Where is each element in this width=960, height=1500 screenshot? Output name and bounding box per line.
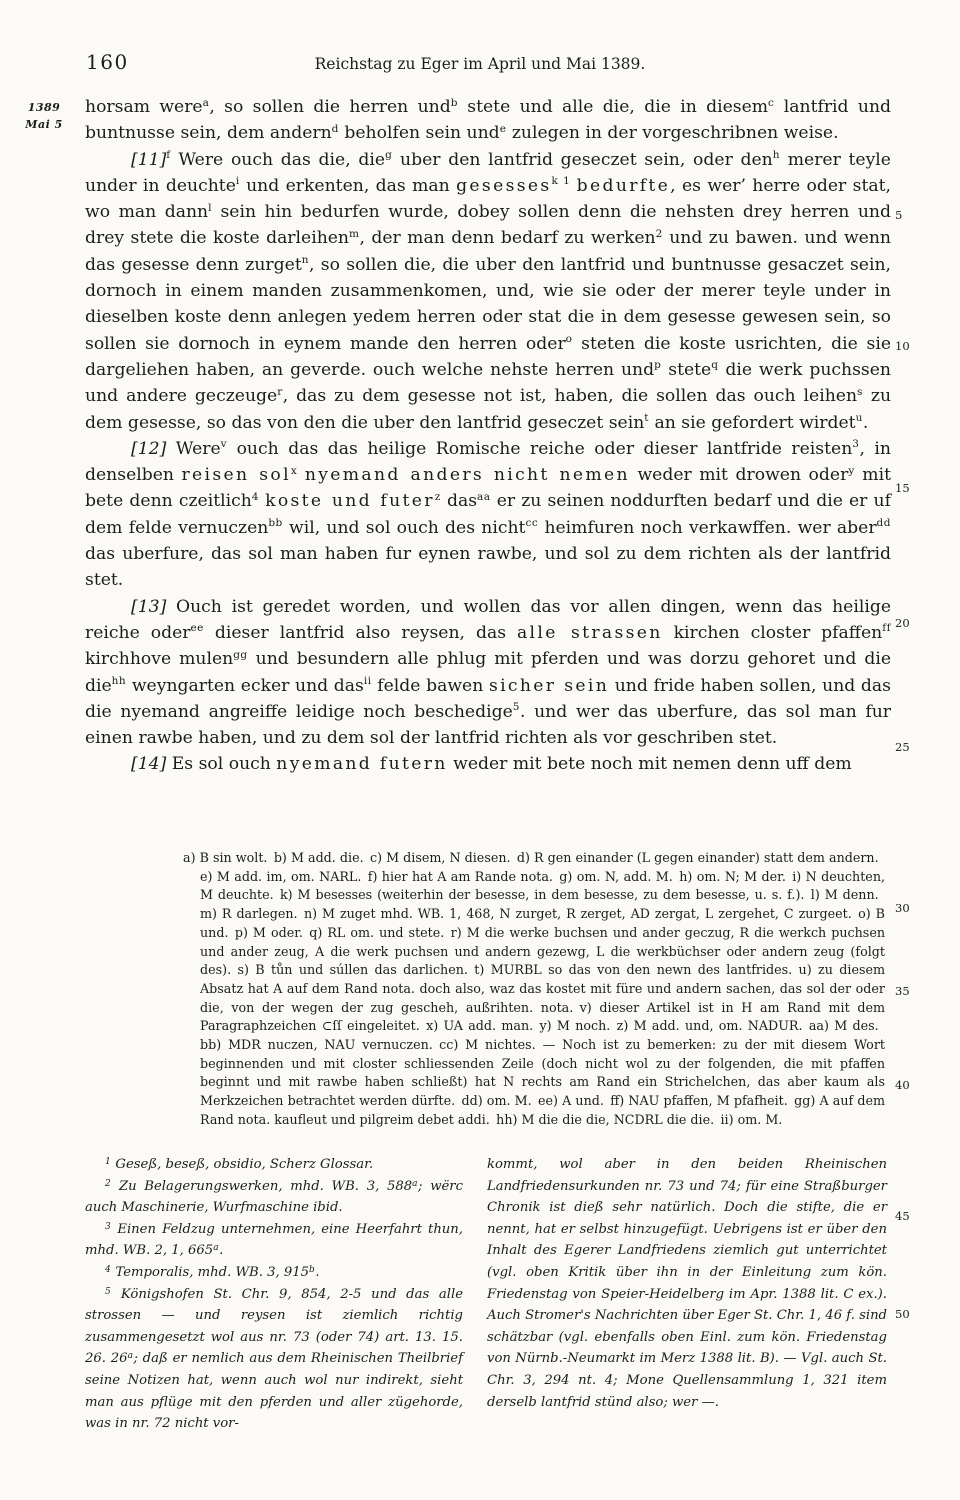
footnote-paragraph: 4 Temporalis, mhd. WB. 3, 915b.	[85, 1262, 463, 1284]
emphasized-text: gesesses	[456, 176, 551, 196]
paragraph-number: [12]	[131, 439, 166, 459]
apparatus-note-h: h) om. N; M der.	[673, 869, 786, 884]
note-reference: b	[309, 1265, 315, 1275]
note-reference: l	[208, 202, 212, 214]
note-reference: ee	[190, 622, 203, 634]
line-number-30: 30	[895, 901, 935, 915]
apparatus-note-ff: ff) NAU pfaffen, M pfafheit.	[604, 1093, 788, 1108]
apparatus-note-g: g) om. N, add. M.	[553, 869, 673, 884]
note-reference: g	[385, 149, 392, 161]
apparatus-note-ii: ii) om. M.	[714, 1112, 782, 1127]
emphasized-text: nyemand anders nicht nemen	[305, 465, 630, 485]
note-reference: cc	[525, 517, 538, 529]
emphasized-text: bedurfte	[577, 176, 670, 196]
apparatus-note-b: b) M add. die.	[267, 850, 363, 865]
note-reference: o	[566, 333, 573, 345]
paragraph-number: [11]	[131, 150, 166, 170]
apparatus-note-ee: ee) A und.	[532, 1093, 604, 1108]
apparatus-note-k: k) M besesses (weiterhin der besesse, in…	[274, 887, 805, 902]
note-reference: a	[213, 1243, 219, 1253]
note-reference: d	[332, 123, 339, 135]
document-page: 160 Reichstag zu Eger im April und Mai 1…	[0, 0, 960, 1500]
note-reference: 2	[105, 1179, 111, 1189]
note-reference: aa	[477, 491, 491, 503]
text-paragraph: [12] Werev ouch das das heilige Romische…	[85, 436, 891, 594]
note-reference: b	[451, 97, 458, 109]
apparatus-note-y: y) M noch.	[533, 1018, 610, 1033]
margin-date-day: Mai 5	[20, 116, 68, 133]
note-reference: q	[711, 359, 718, 371]
footnote-paragraph: 3 Einen Feldzug unternehmen, eine Heerfa…	[85, 1219, 463, 1262]
apparatus-note-z: z) M add. und, om. NADUR.	[610, 1018, 802, 1033]
note-reference: 3	[105, 1222, 111, 1232]
line-number-25: 25	[895, 740, 935, 754]
note-reference: 3	[852, 438, 859, 450]
line-number-45: 45	[895, 1209, 935, 1223]
footnote-paragraph: kommt, wol aber in den beiden Rheinische…	[487, 1154, 887, 1413]
footnotes-right-column: kommt, wol aber in den beiden Rheinische…	[487, 1154, 887, 1435]
note-reference: s	[857, 386, 863, 398]
note-reference: ii	[364, 675, 372, 687]
text-paragraph: horsam werea, so sollen die herren undb …	[85, 94, 891, 147]
emphasized-text: alle strassen	[517, 623, 663, 643]
paragraph-number: [14]	[131, 754, 166, 774]
footnote-paragraph: 5 Königshofen St. Chr. 9, 854, 2-5 und d…	[85, 1284, 463, 1435]
apparatus-note-p: p) M oder.	[229, 925, 303, 940]
line-number-40: 40	[895, 1078, 935, 1092]
apparatus-note-c: c) M disem, N diesen.	[364, 850, 511, 865]
note-reference: 4	[252, 491, 259, 503]
note-reference: n	[302, 254, 309, 266]
note-reference: 2	[656, 228, 663, 240]
emphasized-text: nyemand futern	[276, 754, 447, 774]
emphasized-text: sicher sein	[489, 676, 609, 696]
note-reference: y	[848, 465, 854, 477]
apparatus-note-dd: dd) om. M.	[455, 1093, 532, 1108]
emphasized-text: reisen sol	[182, 465, 291, 485]
line-number-15: 15	[895, 481, 935, 495]
margin-date-year: 1389	[20, 99, 68, 116]
text-paragraph: [13] Ouch ist geredet worden, und wollen…	[85, 594, 891, 752]
apparatus-note-aa: aa) M des.	[803, 1018, 879, 1033]
text-paragraph: [11]f Were ouch das die, dieg uber den l…	[85, 147, 891, 436]
running-title: Reichstag zu Eger im April und Mai 1389.	[0, 55, 960, 73]
note-reference: r	[277, 386, 283, 398]
note-reference: gg	[233, 649, 247, 661]
footnote-paragraph: 2 Zu Belagerungswerken, mhd. WB. 3, 588a…	[85, 1176, 463, 1219]
apparatus-note-hh: hh) M die die die, NCDRL die die.	[490, 1112, 714, 1127]
note-reference: z	[435, 491, 441, 503]
apparatus-note-s: s) B tůn und súllen das darlichen.	[231, 962, 468, 977]
note-reference: a	[203, 97, 210, 109]
line-number-5: 5	[895, 208, 935, 222]
margin-date: 1389 Mai 5	[20, 99, 68, 133]
note-reference: t	[644, 412, 649, 424]
note-reference: v	[221, 438, 227, 450]
line-number-50: 50	[895, 1307, 935, 1321]
note-reference: u	[856, 412, 863, 424]
note-reference: e	[500, 123, 507, 135]
apparatus-note-q: q) RL om. und stete.	[303, 925, 444, 940]
emphasized-text: koste und futer	[265, 491, 435, 511]
footnotes-left-column: 1 Geseß, beseß, obsidio, Scherz Glossar.…	[85, 1154, 463, 1435]
paragraph-number: [13]	[131, 597, 166, 617]
note-reference: f	[166, 149, 170, 161]
note-reference: x	[291, 465, 297, 477]
apparatus-note-d: d) R gen einander (L gegen einander) sta…	[511, 850, 879, 865]
main-text: horsam werea, so sollen die herren undb …	[85, 94, 891, 778]
apparatus-note-a: a) B sin wolt.	[183, 850, 267, 865]
note-reference: a	[412, 1179, 418, 1189]
note-reference: hh	[112, 675, 127, 687]
critical-apparatus: a) B sin wolt. b) M add. die. c) M disem…	[183, 849, 885, 1130]
text-paragraph: [14] Es sol ouch nyemand futern weder mi…	[85, 751, 891, 777]
line-number-10: 10	[895, 339, 935, 353]
note-reference: bb	[268, 517, 282, 529]
apparatus-block: a) B sin wolt. b) M add. die. c) M disem…	[183, 849, 885, 1130]
note-reference: a	[128, 1351, 134, 1361]
apparatus-note-f: f) hier hat A am Rande nota.	[361, 869, 553, 884]
apparatus-note-l: l) M denn.	[804, 887, 878, 902]
note-reference: ff	[882, 622, 891, 634]
note-reference: c	[768, 97, 774, 109]
note-reference: h	[773, 149, 780, 161]
apparatus-note-t: t) MURBL so das von den newn des lantfri…	[468, 962, 792, 977]
apparatus-note-n: n) M zuget mhd. WB. 1, 468, N zurget, R …	[298, 906, 852, 921]
line-number-35: 35	[895, 984, 935, 998]
note-reference: 4	[105, 1265, 111, 1275]
note-reference: 1	[105, 1157, 111, 1167]
note-reference: 5	[105, 1287, 111, 1297]
apparatus-note-x: x) UA add. man.	[420, 1018, 533, 1033]
note-reference: k 1	[551, 175, 570, 187]
note-reference: m	[349, 228, 359, 240]
note-reference: i	[236, 175, 240, 187]
footnotes: 1 Geseß, beseß, obsidio, Scherz Glossar.…	[85, 1154, 887, 1435]
note-reference: p	[654, 359, 661, 371]
line-number-20: 20	[895, 616, 935, 630]
note-reference: 5	[513, 701, 520, 713]
note-reference: dd	[877, 517, 891, 529]
footnote-paragraph: 1 Geseß, beseß, obsidio, Scherz Glossar.	[85, 1154, 463, 1176]
